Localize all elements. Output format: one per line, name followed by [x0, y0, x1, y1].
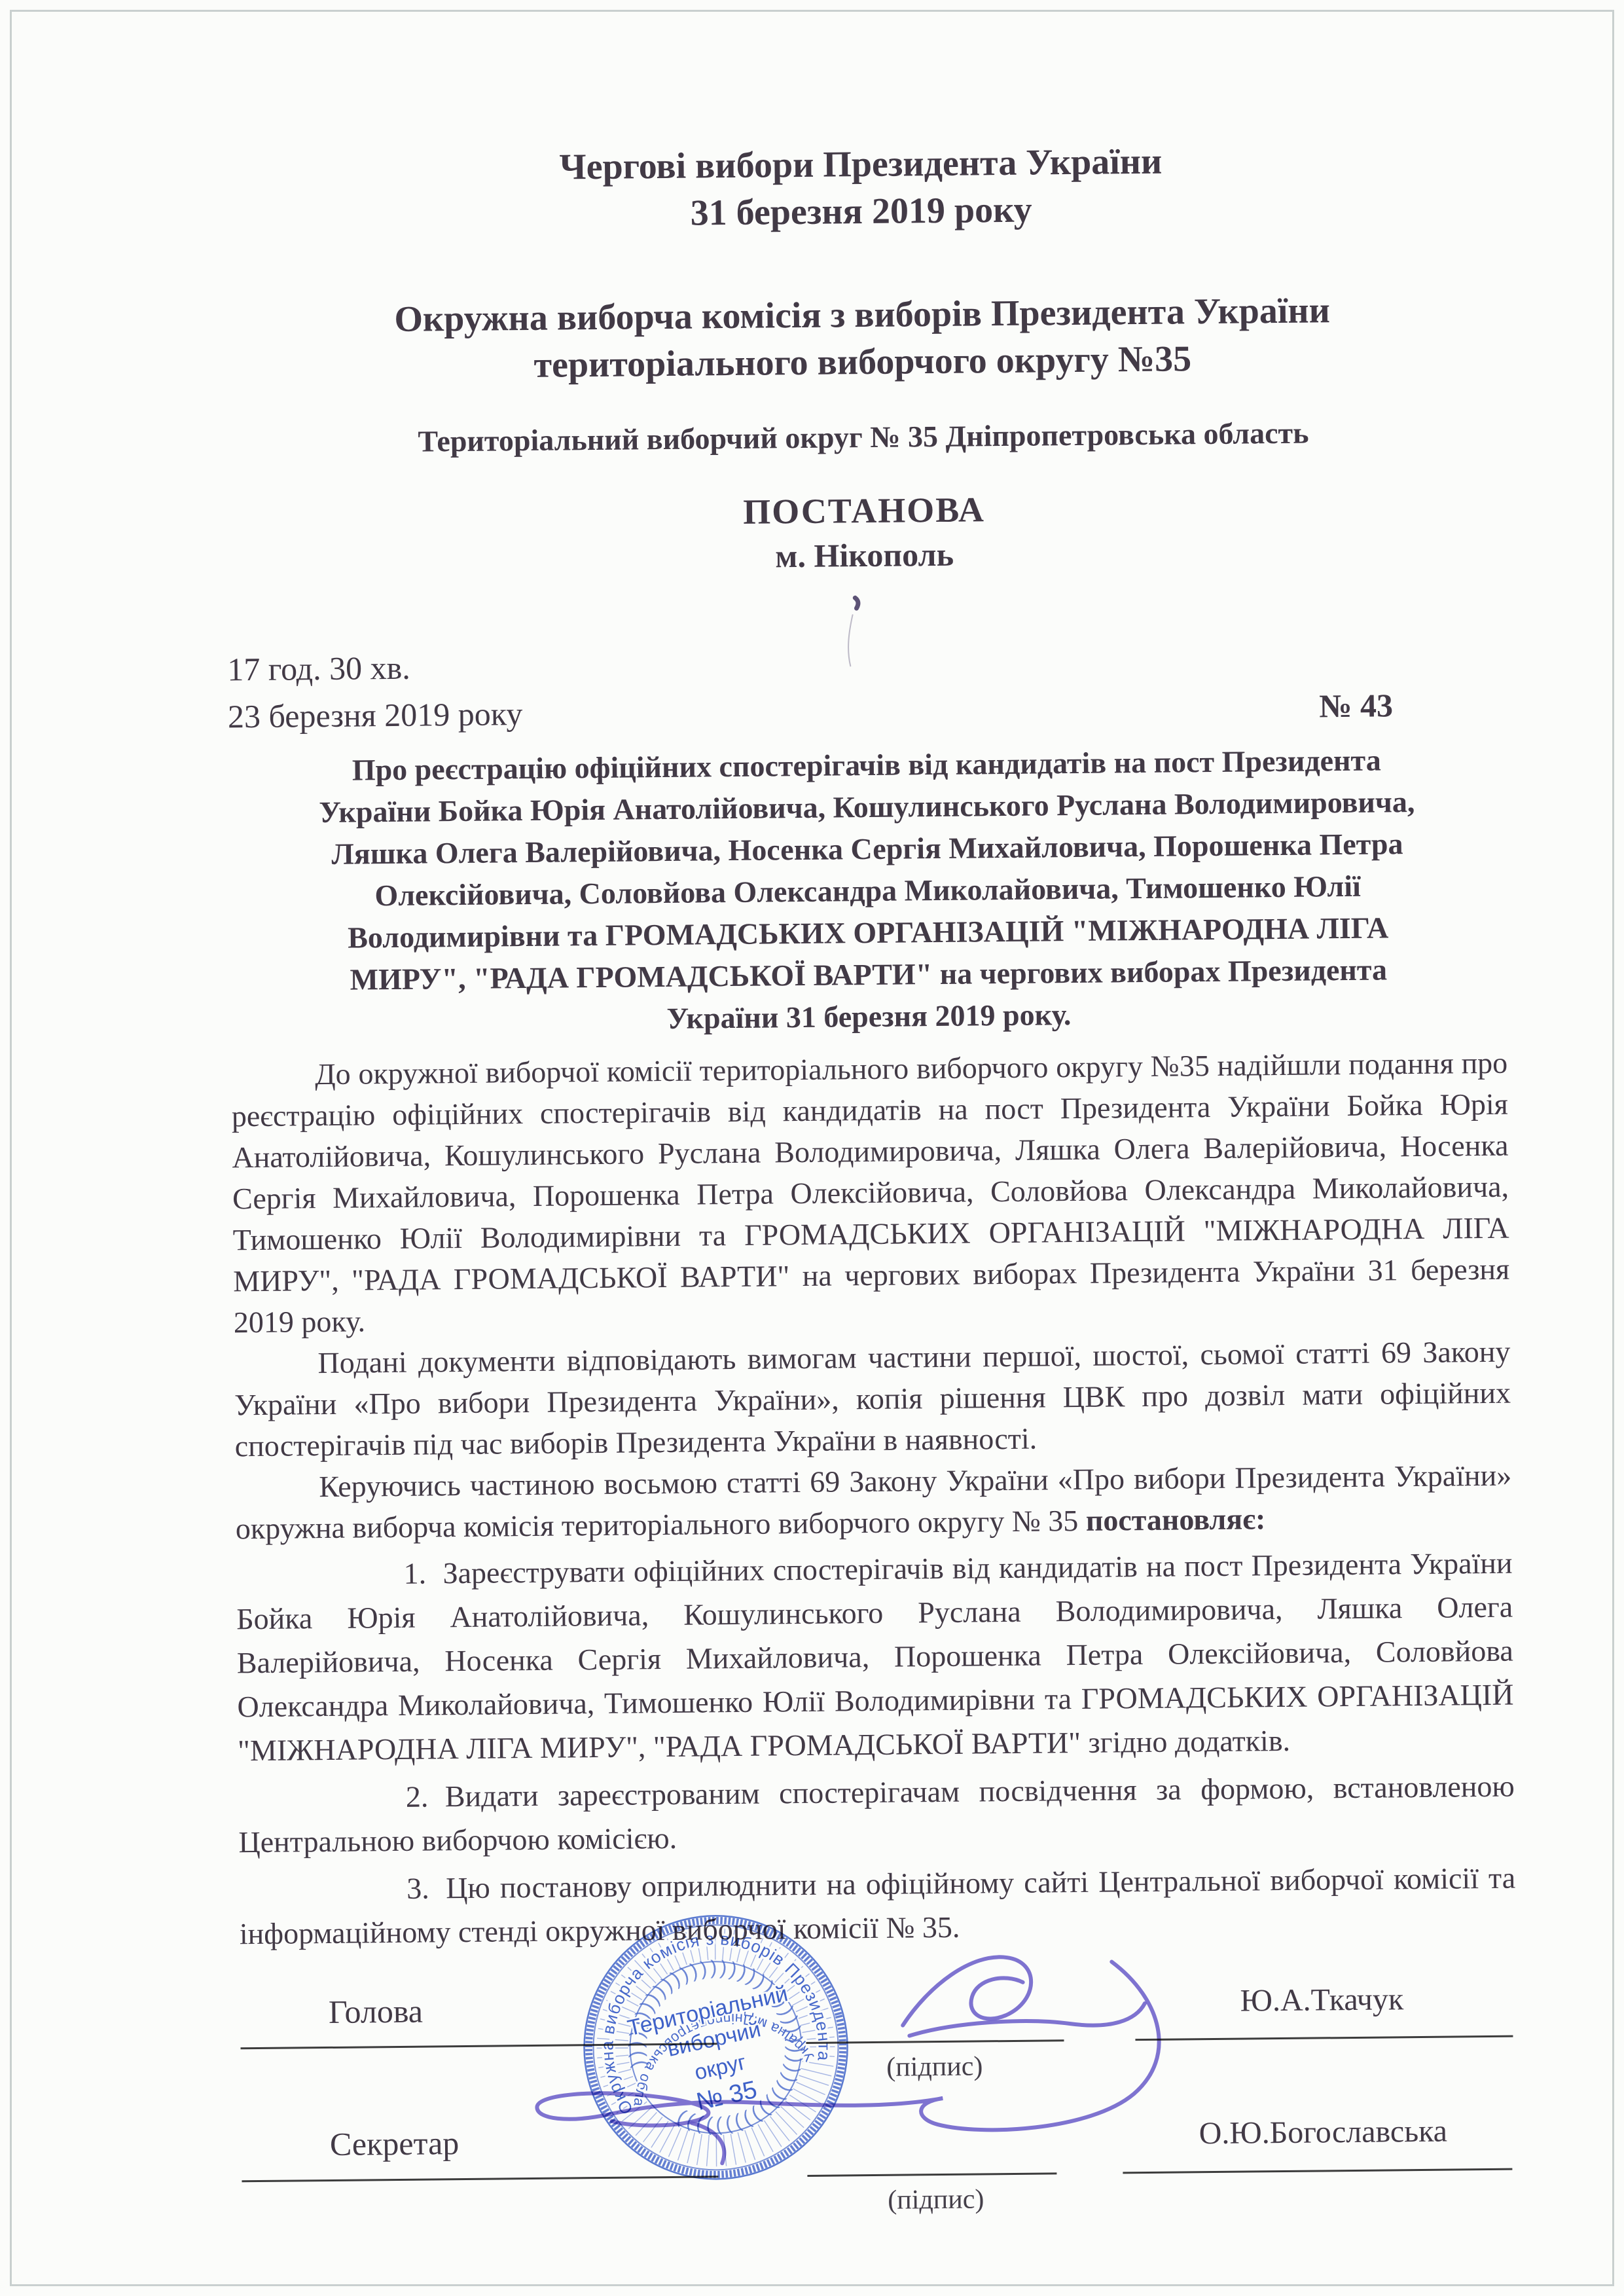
stray-ink-mark [835, 592, 875, 672]
item-number: 1. [319, 1551, 443, 1596]
district-line: Територіальний виборчий округ № 35 Дніпр… [225, 412, 1502, 463]
resolution-item-1: 1.Зареєструвати офіційних спостерігачів … [236, 1541, 1514, 1773]
document-number: № 43 [1319, 682, 1393, 729]
commission-name: Окружна виборча комісія з виборів Презид… [224, 285, 1501, 392]
resolution-item-3: 3.Цю постанову оприлюднити на офіційному… [239, 1856, 1516, 1956]
resolution-item-2: 2.Видати зареєстрованим спостерігачам по… [238, 1764, 1515, 1865]
scanned-document-page: { "header": { "title_line1": "Чергові ви… [0, 0, 1624, 2296]
item-number: 3. [323, 1866, 446, 1911]
document-city: м. Нікополь [226, 530, 1502, 581]
secretary-signature-ink [535, 1961, 1160, 2165]
subject-heading: Про реєстрацію офіційних спостерігачів в… [228, 738, 1507, 1044]
paragraph-resolves-text: Керуючись частиною восьмою статті 69 Зак… [236, 1459, 1512, 1546]
election-title: Чергові вибори Президента України 31 бер… [223, 135, 1500, 242]
meta-date: 23 березня 2019 року [228, 690, 523, 740]
head-signature-ink [902, 1956, 1145, 2035]
item-number: 2. [322, 1774, 446, 1819]
document-type: ПОСТАНОВА [226, 484, 1503, 538]
paragraph-resolves: Керуючись частиною восьмою статті 69 Зак… [235, 1455, 1512, 1550]
signature-block: Голова (підпис) Ю.А.Ткачук Секретар (під… [240, 1962, 1519, 2282]
body-text: До окружної виборчої комісії територіаль… [231, 1042, 1516, 1955]
paragraph-documents: Подані документи відповідають вимогам ча… [234, 1331, 1511, 1467]
meta-datetime: 17 год. 30 хв. 23 березня 2019 року [227, 643, 523, 740]
meta-time: 17 год. 30 хв. [227, 643, 522, 693]
document-content: Чергові вибори Президента України 31 бер… [223, 135, 1519, 2282]
handwritten-signatures [240, 1962, 1519, 2282]
resolves-word: постановляє: [1086, 1502, 1266, 1537]
paragraph-intro: До окружної виборчої комісії територіаль… [231, 1042, 1510, 1343]
